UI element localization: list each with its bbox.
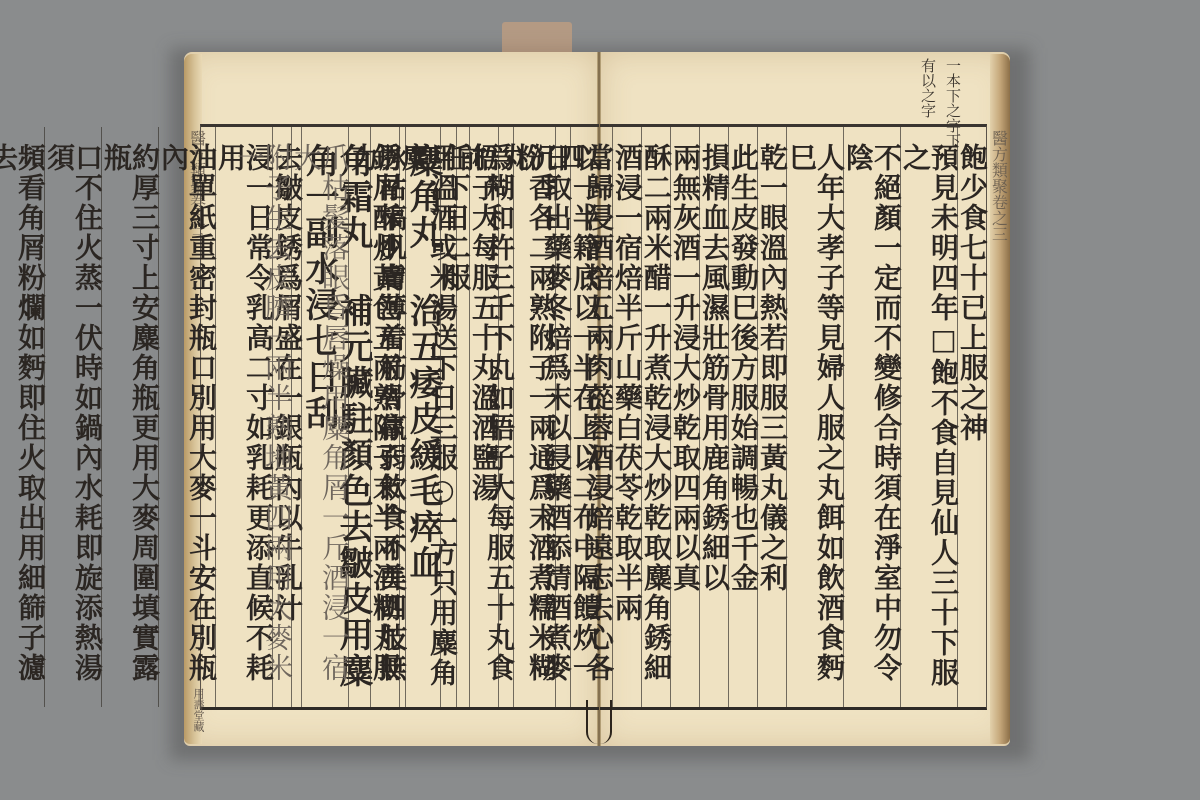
column-text: 附子生去皮臍一兩半熟地黃四兩用大麥米一 <box>235 143 291 707</box>
column-text: 頻看角屑粉爛如麪即住火取出用細篩子濾去 <box>0 143 44 707</box>
text-column: 附子生去皮臍一兩半熟地黃四兩用大麥米一 <box>235 127 291 707</box>
text-column: 損精血去風濕壯筋骨用鹿角銹細以 <box>699 127 728 707</box>
column-text: 酒浸一宿焙半斤山藥白茯苓乾取半兩 <box>613 143 641 707</box>
column-text: 梧子大每服五十丸溫酒鹽湯 <box>470 143 498 707</box>
column-text: 此生皮發動巳後方服始調暢也千金 <box>729 143 757 707</box>
text-column: 酥二兩米醋一升煮乾浸大炒乾取麋角銹細 <box>641 127 670 707</box>
text-column: 麋角丸 治五痿皮緩毛瘁血 <box>405 127 440 707</box>
column-text: 任下日二服 <box>441 143 469 707</box>
text-column: 梧子大每服五十丸溫酒鹽湯 <box>469 127 498 707</box>
column-text: 乾一眼溫內熱若即服三黃丸儀之利 <box>758 143 786 707</box>
footer-mark: 用壽堂藏 <box>190 688 206 732</box>
column-text: 飽少食七十已上服之神 <box>958 143 986 707</box>
column-text: 當歸浸酒焙五兩肉蓯蓉酒浸焙遠志去心各四 <box>556 143 612 707</box>
column-text: 兩無灰酒一升浸大炒乾取四兩以真 <box>671 143 699 707</box>
column-text: 口不住火蒸一伏時如鍋內水耗即旋添熱湯須 <box>45 143 101 707</box>
fold-title: 醫方類聚卷之三 <box>988 130 1011 690</box>
column-text: 約厚三寸上安麋角瓶更用大麥周圍填實露瓶 <box>102 143 158 707</box>
column-text: 油單紙重密封瓶口別用大麥一斗安在別瓶內 <box>159 143 215 707</box>
text-column: 當歸浸酒焙五兩肉蓯蓉酒浸焙遠志去心各四 <box>555 127 612 707</box>
text-column: 酒浸一宿焙半斤山藥白茯苓乾取半兩 <box>612 127 641 707</box>
text-column: 脉枯槁肌膚薄着筋骨羸弱飲食不美四肢無力 <box>348 127 405 707</box>
text-column: 口不住火蒸一伏時如鍋內水耗即旋添熱湯須 <box>44 127 101 707</box>
column-text: 麋角丸 治五痿皮緩毛瘁血 <box>406 143 440 707</box>
text-column: 約厚三寸上安麋角瓶更用大麥周圍填實露瓶 <box>101 127 158 707</box>
right-center-strip: 醫方類聚卷之三 <box>988 130 1010 690</box>
text-column: 兩無灰酒一升浸大炒乾取四兩以真 <box>670 127 699 707</box>
text-column: 不絕顏一定而不變修合時須在淨室中勿令陰 <box>843 127 900 707</box>
column-text: 爪枯髮落眼昏唇燥用麋角屑一斤酒浸一宿大 <box>292 143 348 707</box>
text-column: 飽少食七十已上服之神 <box>957 127 986 707</box>
column-text: 酥二兩米醋一升煮乾浸大炒乾取麋角銹細 <box>642 143 670 707</box>
column-text: 預見未明四年□飽不食自見仙人三十下服之 <box>901 143 957 707</box>
text-column: 人年大孝子等見婦人服之丸餌如飲酒食麪巳 <box>786 127 843 707</box>
text-column: 任下日二服 <box>440 127 469 707</box>
binding-thread <box>586 700 612 744</box>
text-column: 乾一眼溫內熱若即服三黃丸儀之利 <box>757 127 786 707</box>
text-column: 頻看角屑粉爛如麪即住火取出用細篩子濾去 <box>0 127 44 707</box>
right-text-frame: 飽少食七十已上服之神預見未明四年□飽不食自見仙人三十下服之不絕顏一定而不變修合時… <box>600 124 987 710</box>
column-text: 沉香各二兩熟附子一兩通爲末酒煮糯米糊丸 <box>499 143 555 707</box>
text-column: 預見未明四年□飽不食自見仙人三十下服之 <box>900 127 957 707</box>
text-column: 爪枯髮落眼昏唇燥用麋角屑一斤酒浸一宿大 <box>291 127 348 707</box>
column-text: 人年大孝子等見婦人服之丸餌如飲酒食麪巳 <box>787 143 843 707</box>
text-column: 沉香各二兩熟附子一兩通爲末酒煮糯米糊丸 <box>498 127 555 707</box>
column-text: 不絕顏一定而不變修合時須在淨室中勿令陰 <box>844 143 900 707</box>
text-column: 油單紙重密封瓶口別用大麥一斗安在別瓶內 <box>158 127 215 707</box>
column-text: 脉枯槁肌膚薄着筋骨羸弱飲食不美四肢無力 <box>349 143 405 707</box>
column-text: 損精血去風濕壯筋骨用鹿角銹細以 <box>700 143 728 707</box>
text-column: 此生皮發動巳後方服始調暢也千金 <box>728 127 757 707</box>
